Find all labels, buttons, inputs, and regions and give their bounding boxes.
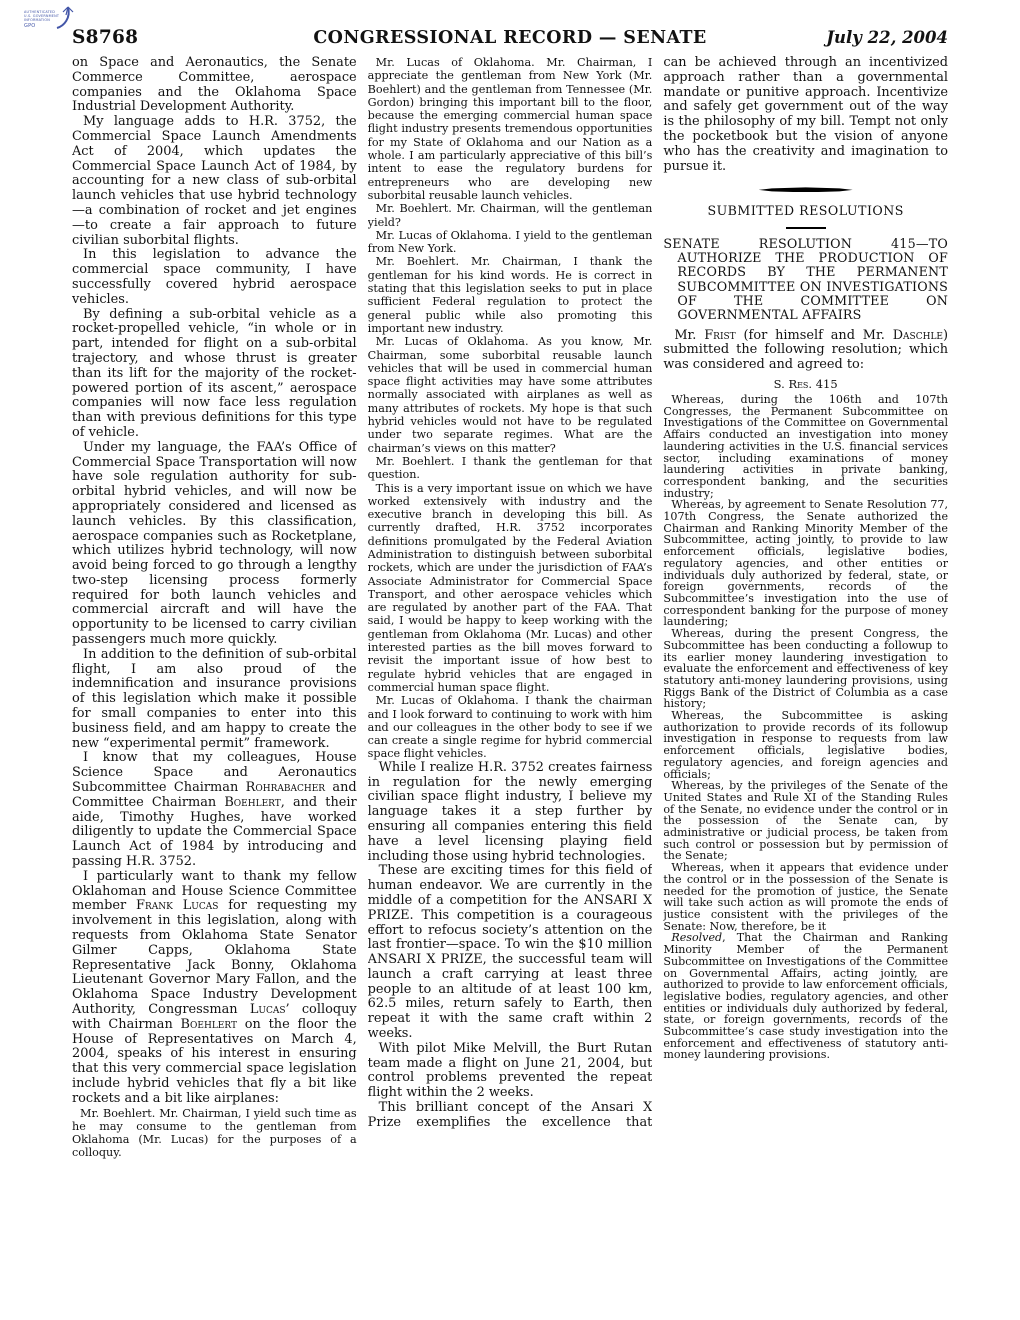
speech-paragraph: I know that my colleagues, House Science…: [72, 751, 357, 869]
resolved-clause: Resolved, That the Chairman and Ranking …: [663, 932, 948, 1061]
speech-paragraph: In this legislation to advance the comme…: [72, 248, 357, 307]
speech-paragraph: can be achieved through an incentivized …: [663, 56, 948, 174]
gpo-logo-line: INFORMATION: [24, 18, 59, 22]
resolution-number-label: S. Res. 415: [663, 377, 948, 391]
colloquy-paragraph: Mr. Boehlert. Mr. Chairman, I thank the …: [368, 255, 653, 335]
speech-paragraph: In addition to the definition of sub-orb…: [72, 648, 357, 752]
colloquy-paragraph: Mr. Lucas of Oklahoma. As you know, Mr. …: [368, 335, 653, 455]
colloquy-paragraph: Mr. Lucas of Oklahoma. Mr. Chairman, I a…: [368, 56, 653, 202]
running-head: S8768 CONGRESSIONAL RECORD — SENATE July…: [72, 27, 948, 48]
speech-paragraph: I particularly want to thank my fellow O…: [72, 870, 357, 1107]
colloquy-paragraph: Mr. Lucas of Oklahoma. I thank the chair…: [368, 694, 653, 760]
column-1: on Space and Aeronautics, the Senate Com…: [72, 56, 357, 1314]
issue-date: July 22, 2004: [749, 28, 948, 47]
speech-paragraph: This brilliant concept of the Ansari X P…: [368, 1101, 653, 1131]
congressional-record-page: { "header": { "page_number": "S8768", "t…: [0, 0, 1020, 1320]
speech-paragraph: With pilot Mike Melvill, the Burt Rutan …: [368, 1042, 653, 1101]
speech-paragraph: on Space and Aeronautics, the Senate Com…: [72, 56, 357, 115]
whereas-clause: Whereas, during the present Congress, th…: [663, 628, 948, 710]
short-divider-rule: [786, 227, 826, 229]
resolution-title: SENATE RESOLUTION 415—TO AUTHORIZE THE P…: [663, 237, 948, 323]
colloquy-paragraph: Mr. Boehlert. Mr. Chairman, will the gen…: [368, 202, 653, 229]
publication-title: CONGRESSIONAL RECORD — SENATE: [271, 28, 749, 48]
colloquy-paragraph: Mr. Boehlert. Mr. Chairman, I yield such…: [72, 1107, 357, 1160]
gpo-logo-text: AUTHENTICATED U.S. GOVERNMENT INFORMATIO…: [24, 10, 59, 28]
page-number: S8768: [72, 27, 271, 48]
speech-paragraph: By defining a sub-orbital vehicle as a r…: [72, 308, 357, 441]
whereas-clause: Whereas, when it appears that evidence u…: [663, 862, 948, 932]
whereas-clause: Whereas, by the privileges of the Senate…: [663, 780, 948, 862]
speech-paragraph: My language adds to H.R. 3752, the Comme…: [72, 115, 357, 248]
speech-paragraph: These are exciting times for this field …: [368, 864, 653, 1042]
whereas-clause: Whereas, during the 106th and 107th Cong…: [663, 394, 948, 499]
speech-paragraph: While I realize H.R. 3752 creates fairne…: [368, 761, 653, 865]
gpo-logo-line: GPO: [24, 24, 59, 28]
sponsor-paragraph: Mr. Frist (for himself and Mr. Daschle) …: [663, 329, 948, 373]
three-column-body: on Space and Aeronautics, the Senate Com…: [72, 56, 948, 1314]
section-divider-swell-rule: [759, 187, 853, 192]
colloquy-paragraph: This is a very important issue on which …: [368, 482, 653, 695]
whereas-clause: Whereas, the Subcommittee is asking auth…: [663, 710, 948, 780]
whereas-clause: Whereas, by agreement to Senate Resoluti…: [663, 499, 948, 628]
colloquy-paragraph: Mr. Lucas of Oklahoma. I yield to the ge…: [368, 229, 653, 256]
section-title: SUBMITTED RESOLUTIONS: [663, 203, 948, 218]
colloquy-paragraph: Mr. Boehlert. I thank the gentleman for …: [368, 455, 653, 482]
speech-paragraph: Under my language, the FAA’s Office of C…: [72, 441, 357, 648]
column-2: Mr. Lucas of Oklahoma. Mr. Chairman, I a…: [368, 56, 653, 1314]
column-3: can be achieved through an incentivized …: [663, 56, 948, 1314]
